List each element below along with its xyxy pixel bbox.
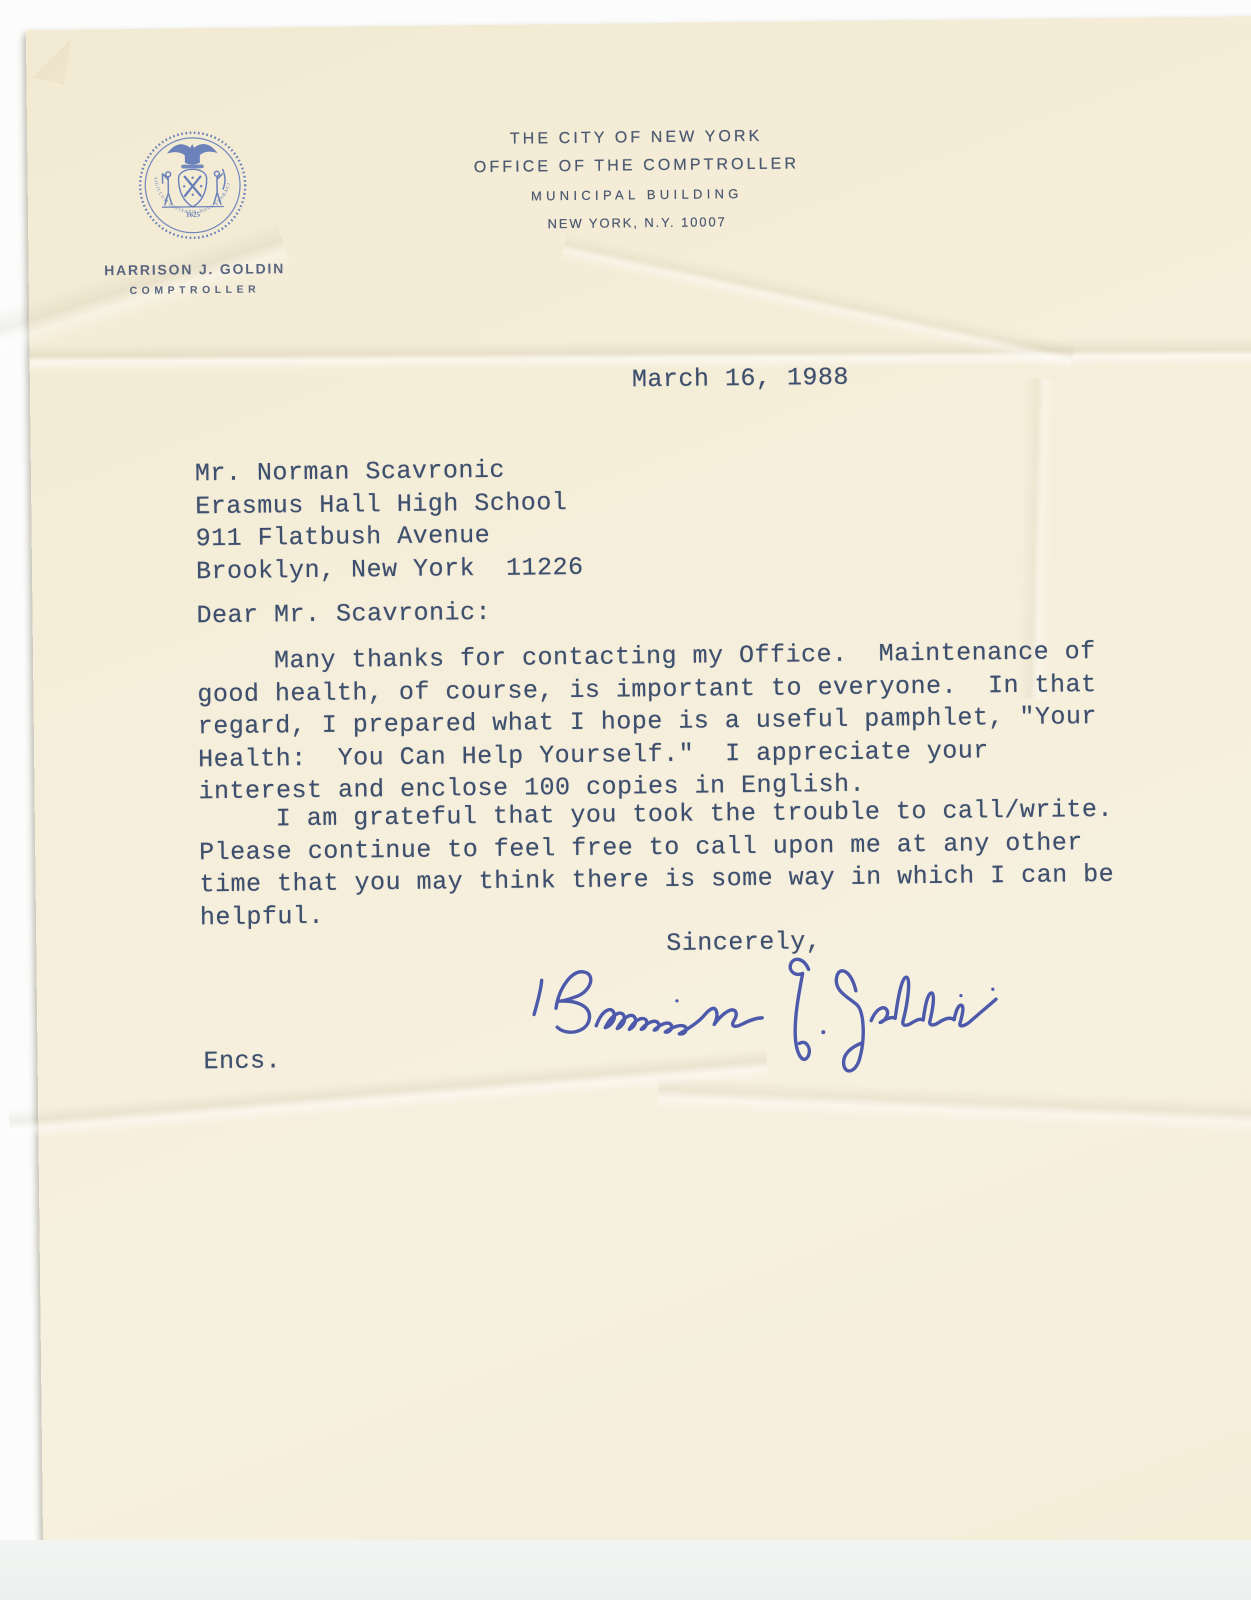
body-paragraph-1: Many thanks for contacting my Office. Ma… (197, 636, 1098, 809)
folded-corner (28, 38, 77, 87)
signature-i-dot (675, 999, 678, 1002)
recipient-line: 911 Flatbush Avenue (195, 519, 583, 556)
signature-stroke (871, 976, 997, 1027)
scanner-background (0, 1540, 1251, 1600)
signature-stroke (836, 971, 863, 1072)
signature-stroke (790, 959, 809, 1059)
body-paragraph-2: I am grateful that you took the trouble … (199, 794, 1115, 934)
signature-stroke (596, 1008, 762, 1035)
letterhead-line: NEW YORK, N.Y. 10007 (437, 207, 837, 239)
enclosure-note: Encs. (203, 1045, 281, 1078)
letterhead-line: OFFICE OF THE COMPTROLLER (436, 150, 836, 183)
signature-stroke (556, 972, 592, 1033)
windmill-shield (178, 169, 207, 207)
signature-i-dot (959, 994, 962, 997)
comptroller-name: HARRISON J. GOLDIN (45, 260, 345, 279)
letter-date: March 16, 1988 (632, 362, 849, 397)
letterhead-official: HARRISON J. GOLDIN COMPTROLLER (45, 260, 345, 298)
recipient-address: Mr. Norman Scavronic Erasmus Hall High S… (195, 454, 584, 588)
recipient-line: Brooklyn, New York 11226 (196, 551, 584, 588)
paper-crease (559, 216, 1079, 382)
signature-i-dot (991, 988, 994, 991)
letterhead-line: MUNICIPAL BUILDING (437, 178, 837, 212)
signature-stroke (534, 980, 542, 1014)
recipient-line: Mr. Norman Scavronic (195, 454, 583, 491)
recipient-line: Erasmus Hall High School (195, 486, 583, 523)
signature-dot (821, 1030, 825, 1034)
salutation: Dear Mr. Scavronic: (196, 597, 491, 633)
letter-paper: 1625 SIGILLUM·CIVITATIS·NOVI·EBORACI HAR… (26, 12, 1251, 1582)
letterhead-office-block: THE CITY OF NEW YORK OFFICE OF THE COMPT… (436, 122, 837, 239)
comptroller-title: COMPTROLLER (45, 283, 345, 298)
letterhead-line: THE CITY OF NEW YORK (436, 122, 836, 155)
eagle-glyph (167, 144, 218, 165)
signature-autograph (525, 945, 1019, 1095)
nyc-city-seal-icon: 1625 SIGILLUM·CIVITATIS·NOVI·EBORACI (131, 124, 254, 247)
